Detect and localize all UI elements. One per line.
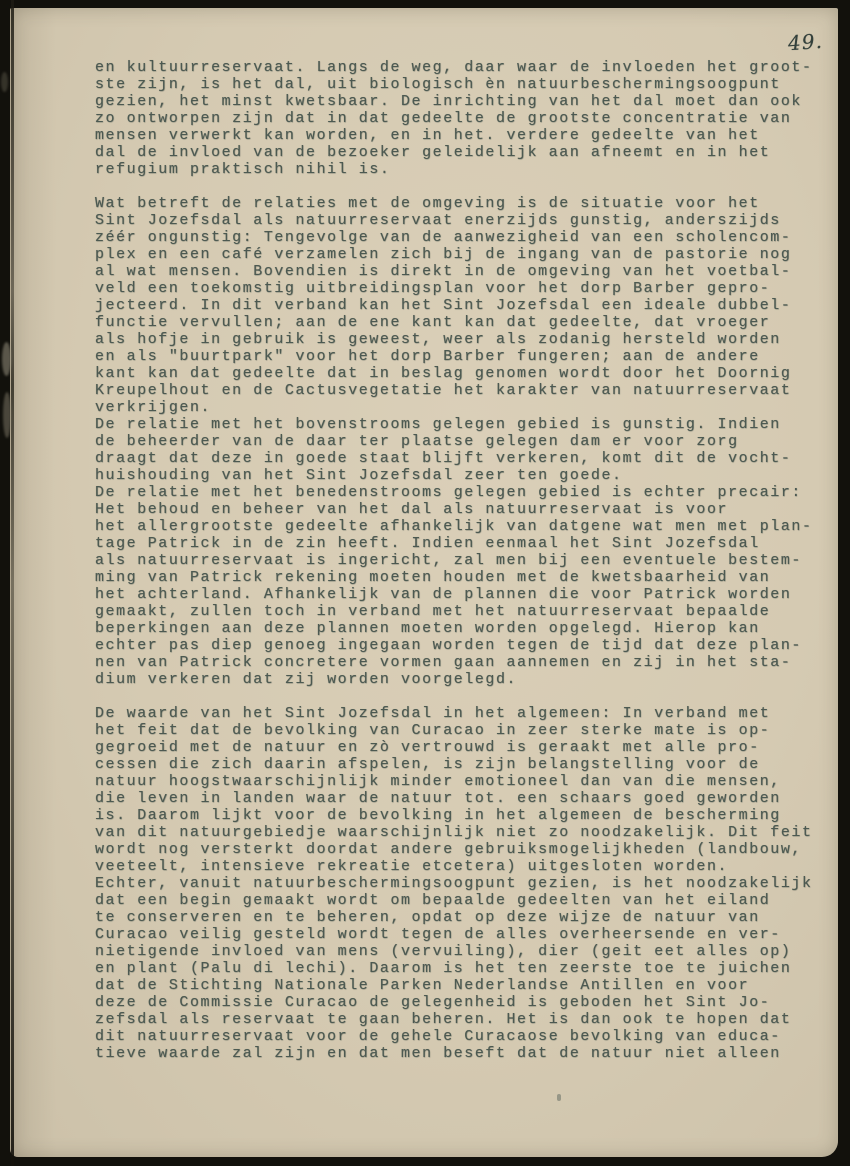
paragraph-3: De waarde van het Sint Jozefsdal in het … (95, 705, 835, 1062)
book-binding-gutter (0, 0, 11, 1166)
binding-smudge (3, 392, 11, 438)
binding-smudge (1, 72, 8, 92)
binding-smudge (2, 342, 11, 376)
binding-crease-line (11, 0, 14, 1166)
page-number: 49. (787, 29, 823, 55)
ink-speck (557, 1094, 561, 1101)
scanned-document: 49. en kultuurreservaat. Langs de weg, d… (0, 0, 850, 1166)
document-page: 49. en kultuurreservaat. Langs de weg, d… (10, 8, 838, 1157)
typewritten-text: en kultuurreservaat. Langs de weg, daar … (95, 59, 835, 1062)
paragraph-2: Wat betreft de relaties met de omgeving … (95, 195, 835, 688)
paragraph-1: en kultuurreservaat. Langs de weg, daar … (95, 59, 835, 178)
